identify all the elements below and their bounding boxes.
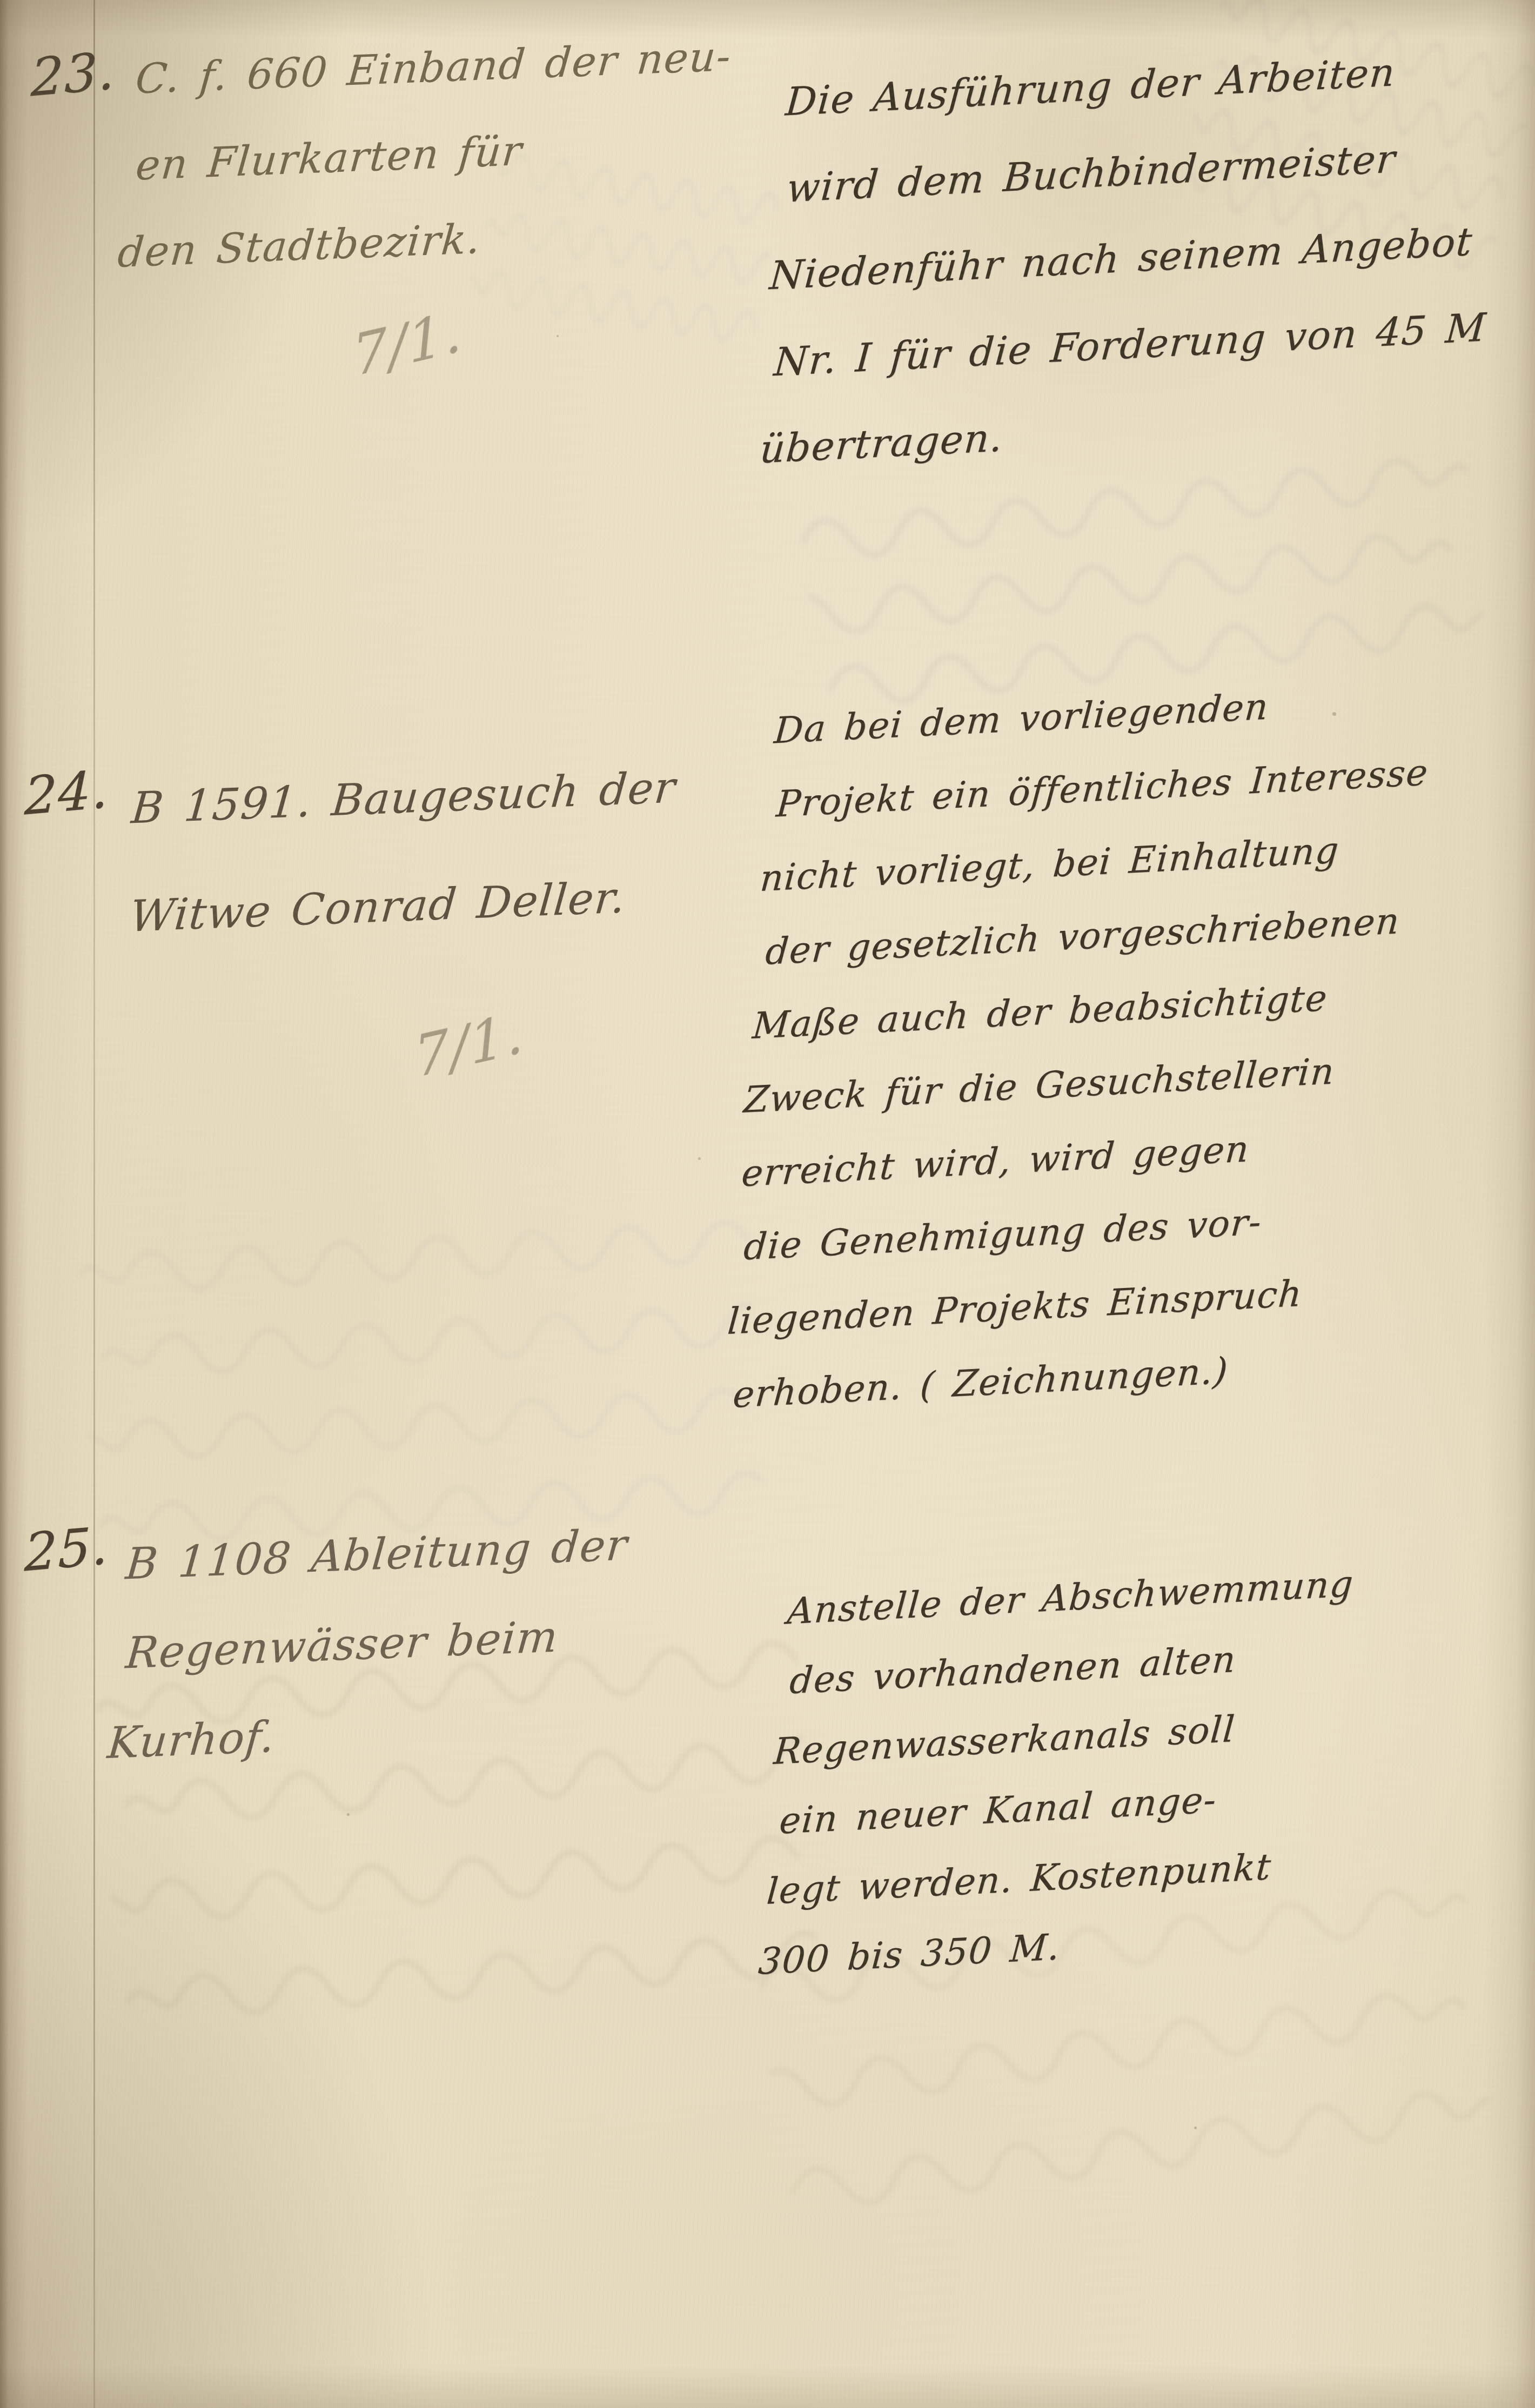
entry-resolution: Die Ausführung der Arbeiten wird dem Buc… bbox=[757, 24, 1501, 493]
subject-line: Kurhof. bbox=[104, 1679, 613, 1788]
paper-speck bbox=[347, 1813, 350, 1816]
subject-line: Witwe Conrad Deller. bbox=[125, 842, 679, 971]
margin-date-note: 7/1. bbox=[350, 298, 465, 390]
entry-number: 23. bbox=[30, 40, 116, 108]
margin-rule-line bbox=[93, 0, 95, 2408]
paper-speck bbox=[1194, 2127, 1197, 2129]
entry-resolution: Anstelle der Abschwemmung des vorhandene… bbox=[759, 1549, 1356, 1997]
entry-number: 25. bbox=[24, 1515, 110, 1583]
manuscript-page: 23. C. f. 660 Einband der neu- en Flurka… bbox=[0, 0, 1535, 2408]
paper-speck bbox=[557, 335, 559, 337]
margin-date-note: 7/1. bbox=[412, 1000, 526, 1091]
entry-subject: B 1591. Baugesuch der Witwe Conrad Delle… bbox=[118, 733, 680, 971]
subject-line: B 1591. Baugesuch der bbox=[127, 733, 680, 862]
entry-subject: C. f. 660 Einband der neu- en Flurkarten… bbox=[118, 13, 735, 296]
entry-number: 24. bbox=[24, 759, 110, 827]
paper-speck bbox=[698, 1157, 701, 1160]
entry-resolution: Da bei dem vorliegenden Projekt ein öffe… bbox=[723, 662, 1429, 1432]
entry-subject: B 1108 Ableitung der Regenwässer beim Ku… bbox=[107, 1500, 631, 1788]
